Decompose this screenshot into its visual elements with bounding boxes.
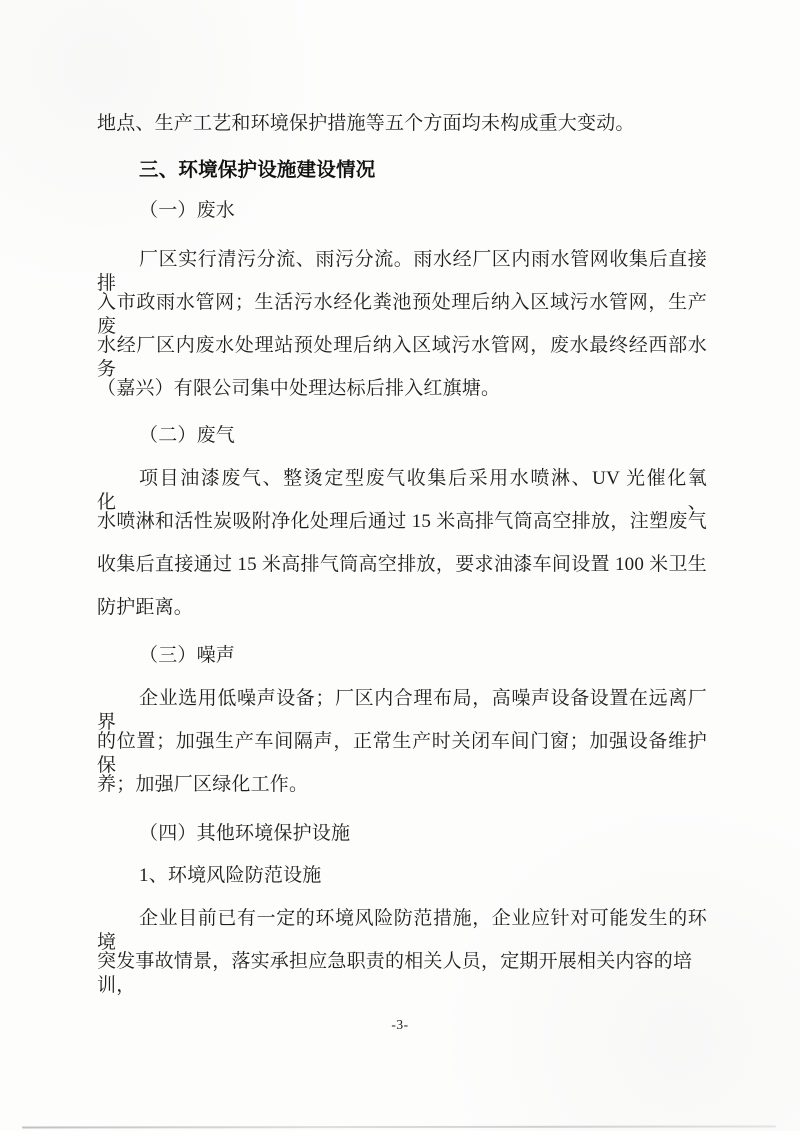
paragraph-line: 突发事故情景，落实承担应急职责的相关人员，定期开展相关内容的培训， [97,950,707,998]
numbered-item-heading: 1、环境风险防范设施 [97,864,707,888]
paragraph-line: 收集后直接通过 15 米高排气筒高空排放，要求油漆车间设置 100 米卫生 [97,553,707,577]
subsection-heading: （四）其他环境保护设施 [97,822,707,846]
subsection-heading: （三）噪声 [97,644,707,668]
paragraph-line: 防护距离。 [97,596,707,620]
paragraph-line: 企业选用低噪声设备；厂区内合理布局，高噪声设备设置在远离厂界 [97,687,707,735]
paragraph-line: 入市政雨水管网；生活污水经化粪池预处理后纳入区域污水管网，生产废 [97,291,707,339]
paragraph-line: 项目油漆废气、整烫定型废气收集后采用水喷淋、UV 光催化氧化、 [97,467,707,515]
paragraph-line: 的位置；加强生产车间隔声，正常生产时关闭车间门窗；加强设备维护保 [97,730,707,778]
section-heading: 三、环境保护设施建设情况 [97,158,707,182]
subsection-heading: （一）废水 [97,199,707,223]
paragraph-line: 厂区实行清污分流、雨污分流。雨水经厂区内雨水管网收集后直接排 [97,248,707,296]
page-footer: -3- [0,1016,800,1034]
paragraph-line: 企业目前已有一定的环境风险防范措施，企业应针对可能发生的环境 [97,907,707,955]
paragraph-line: 地点、生产工艺和环境保护措施等五个方面均未构成重大变动。 [97,112,707,136]
paragraph-line: 水喷淋和活性炭吸附净化处理后通过 15 米高排气筒高空排放，注塑废气 [97,510,707,534]
paragraph-line: 水经厂区内废水处理站预处理后纳入区域污水管网，废水最终经西部水务 [97,334,707,382]
document-body: 地点、生产工艺和环境保护措施等五个方面均未构成重大变动。三、环境保护设施建设情况… [97,0,707,1000]
paragraph-line: 养；加强厂区绿化工作。 [97,773,707,797]
scan-edge-artifact [22,1125,776,1128]
paragraph-line: （嘉兴）有限公司集中处理达标后排入红旗塘。 [97,377,707,401]
subsection-heading: （二）废气 [97,424,707,448]
scanned-document-page: 地点、生产工艺和环境保护措施等五个方面均未构成重大变动。三、环境保护设施建设情况… [0,0,800,1131]
page-number: -3- [391,1017,408,1032]
